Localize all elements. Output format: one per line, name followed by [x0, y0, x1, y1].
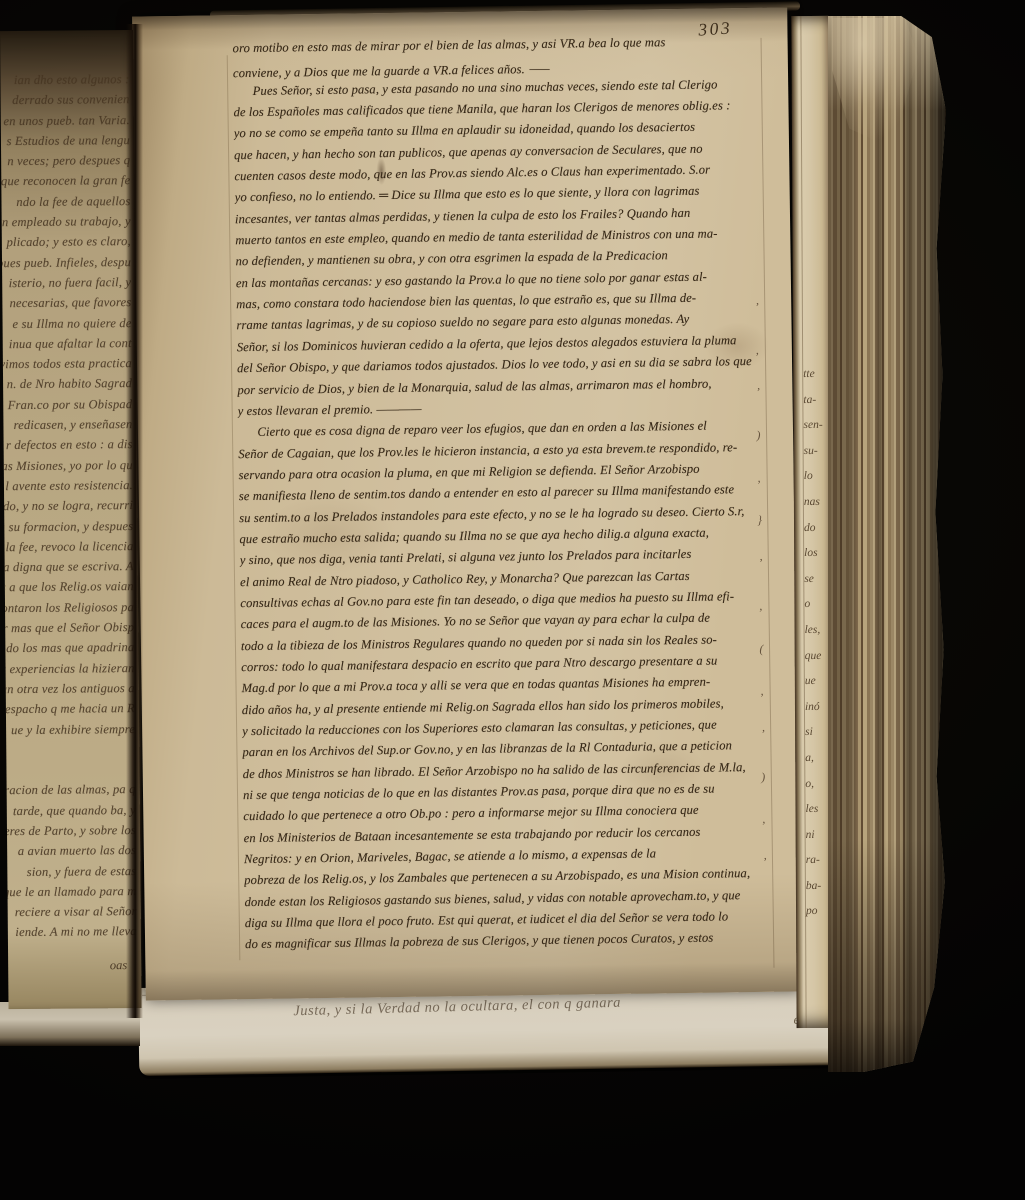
edge-line-fragment: lo [804, 470, 823, 496]
manuscript-line-fragment: do, y no se logra, recurri [3, 498, 133, 519]
manuscript-photograph: Justa, y si la Verdad no la ocultara, el… [0, 0, 1025, 1200]
manuscript-line-fragment: derrado sus convenien [12, 92, 130, 113]
margin-mark: , [760, 684, 764, 727]
margin-mark: ʼ [756, 385, 761, 428]
margin-mark: ʼ [758, 556, 763, 599]
manuscript-line-fragment: a avian muerto las dos [18, 843, 136, 864]
margin-mark: ( [759, 641, 764, 684]
manuscript-page: 303 oro motibo en esto mas de mirar por … [132, 7, 801, 1000]
edge-line-fragment: ni [806, 829, 825, 855]
edge-line-fragment: o, [805, 777, 824, 803]
manuscript-line-fragment: que reconocen la gran fe [1, 174, 130, 195]
under-page-text: Justa, y si la Verdad no la ocultara, el… [293, 995, 621, 1021]
margin-mark: ) [756, 428, 761, 471]
manuscript-line-fragment: plicado; y esto es claro, [6, 234, 130, 255]
manuscript-line-fragment: n empleado su trabajo, y [2, 214, 131, 235]
edge-line-fragment: do [804, 522, 823, 548]
edge-line-fragment: que [805, 649, 824, 675]
manuscript-line-fragment: que le an llamado para m [3, 884, 137, 905]
edge-line-fragment: los [804, 547, 823, 573]
book-fore-edge [828, 16, 946, 1072]
edge-line-fragment: inó [805, 701, 824, 727]
manuscript-line-fragment: s Estudios de una lengu [7, 133, 131, 154]
catchword: oas [110, 958, 128, 973]
manuscript-line-fragment: e su Illma no quiere de [12, 316, 131, 337]
manuscript-line-fragment: er en unos pueb. tan Varia. [0, 113, 130, 135]
manuscript-line-fragment: por mas que el Señor Obisp [0, 620, 134, 642]
edge-line-fragment: ra- [806, 854, 825, 880]
edge-line-fragment: a, [805, 752, 824, 778]
manuscript-line-fragment: r defectos en esto : a dis [6, 437, 133, 458]
facing-page-text: ian dho esto algunos :derrado sus conven… [0, 72, 137, 946]
manuscript-line-fragment: redicasen, y enseñasen [14, 417, 133, 438]
manuscript-line-fragment: n. de Nro habito Sagrad [7, 376, 133, 397]
manuscript-line-fragment: reciere a visar al Señor [15, 904, 137, 925]
next-page-fragments: tteta-sen-su-lonasdolosseoles,queueinósi… [803, 368, 825, 931]
manuscript-line-fragment: n veces; pero despues q [7, 153, 130, 174]
margin-mark: ʼ [762, 855, 767, 898]
manuscript-line-fragment: l avente esto resistencia. [5, 478, 133, 499]
edge-line-fragment: po [806, 905, 825, 931]
manuscript-line-fragment: despacho q me hacia un R [0, 701, 135, 722]
manuscript-line-fragment: isterio, no fuera facil, y [9, 275, 132, 296]
manuscript-line-fragment: ue y la exhibire siempre [11, 722, 135, 743]
manuscript-line-fragment: inua que afaltar la cont [9, 336, 132, 357]
edge-line-fragment: sen- [803, 419, 822, 445]
manuscript-line-fragment: despues pueb. Infieles, despu [0, 255, 131, 277]
manuscript-line-fragment: ontaron los Religiosos pa [1, 600, 134, 621]
margin-mark: ) [761, 769, 766, 812]
margin-mark: , [756, 343, 760, 386]
manuscript-text-block: oro motibo en esto mas de mirar por el b… [233, 34, 794, 959]
edge-line-fragment: tte [803, 368, 822, 394]
manuscript-line-fragment: a su formacion, y despues [0, 519, 133, 540]
edge-line-fragment: se [804, 573, 823, 599]
next-page-edge-strip: tteta-sen-su-lonasdolosseoles,queueinósi… [791, 16, 833, 1028]
margin-mark: , [757, 471, 761, 514]
manuscript-line-fragment: racion de las almas, pa q [4, 782, 136, 803]
manuscript-line-fragment: can otra vez los antiguos a [0, 681, 135, 703]
manuscript-line-fragment: iende. A mi no me lleva [15, 924, 137, 945]
manuscript-line-fragment: ndo la fee de aquellos [16, 194, 130, 215]
manuscript-line-fragment: a digna que se escriva. A [3, 559, 134, 580]
edge-line-fragment: su- [804, 445, 823, 471]
manuscript-line-fragment: as experiencias la hizieran [0, 661, 135, 683]
margin-mark: , [762, 812, 766, 855]
manuscript-line-fragment: necesarias, que favores [9, 295, 131, 316]
manuscript-line-fragment: as Misiones, yo por lo qu [1, 458, 133, 479]
manuscript-line-fragment: vimos todos esta practica [0, 356, 132, 377]
book-gutter-shadow [126, 24, 143, 1018]
margin-mark: ʼ [755, 300, 760, 343]
edge-line-fragment: ue [805, 675, 824, 701]
manuscript-line-fragment: do los mas que apadrina [6, 640, 134, 661]
edge-line-fragment: les [805, 803, 824, 829]
edge-line-fragment: ba- [806, 880, 825, 906]
manuscript-line-fragment: de S. Fran.co por su Obispad [0, 397, 132, 419]
edge-line-fragment: les, [805, 624, 824, 650]
facing-page-sliver: ian dho esto algunos :derrado sus conven… [0, 30, 142, 1009]
manuscript-line-fragment: tarde, que quando ba, y [13, 803, 136, 824]
manuscript-line-fragment: ian dho esto algunos : [14, 72, 130, 93]
margin-mark: , [759, 599, 763, 642]
edge-line-fragment: nas [804, 496, 823, 522]
margin-mark: ʼ [761, 727, 766, 770]
edge-line-fragment: ta- [803, 394, 822, 420]
edge-line-fragment: o [804, 598, 823, 624]
manuscript-line-fragment: sion, y fuera de estas [27, 864, 137, 885]
manuscript-line-fragment: de la fee, revoco la licencia [0, 539, 134, 561]
manuscript-line-fragment: eres de Parto, y sobre los [4, 823, 136, 844]
edge-line-fragment: si [805, 726, 824, 752]
manuscript-line-fragment: nos a que los Relig.os vaian [0, 579, 134, 601]
margin-mark: } [757, 513, 762, 556]
